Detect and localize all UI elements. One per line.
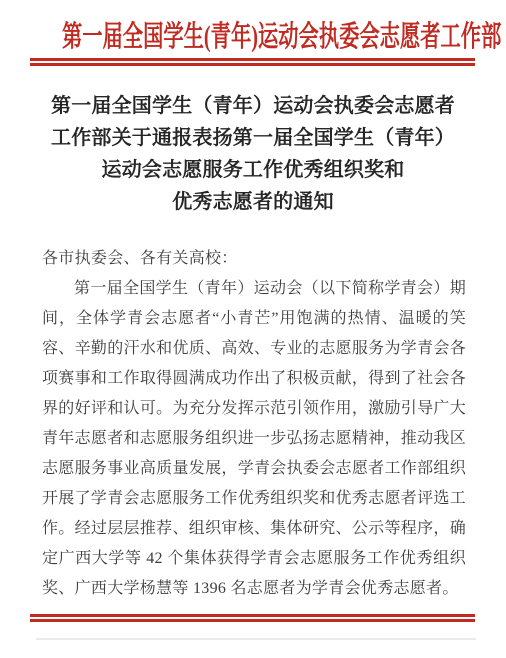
- red-double-rule-bottom: [30, 614, 475, 622]
- document-title-line-4: 优秀志愿者的通知: [0, 186, 506, 218]
- document-title-line-2: 工作部关于通报表扬第一届全国学生（青年）: [0, 122, 506, 154]
- document-body: 各市执委会、各有关高校： 第一届全国学生（青年）运动会（以下简称学青会）期间，全…: [42, 244, 466, 604]
- document-title-line-1: 第一届全国学生（青年）运动会执委会志愿者: [0, 90, 506, 122]
- scan-artifact-line: [36, 638, 476, 640]
- salutation-line: 各市执委会、各有关高校：: [42, 244, 466, 274]
- document-title: 第一届全国学生（青年）运动会执委会志愿者 工作部关于通报表扬第一届全国学生（青年…: [0, 90, 506, 218]
- body-paragraph: 第一届全国学生（青年）运动会（以下简称学青会）期间，全体学青会志愿者“小青芒”用…: [42, 274, 466, 604]
- red-double-rule-top: [30, 58, 475, 66]
- letterhead-banner-text: 第一届全国学生(青年)运动会执委会志愿者工作部: [62, 16, 501, 59]
- letterhead-banner: 第一届全国学生(青年)运动会执委会志愿者工作部: [0, 18, 506, 56]
- notice-document-page: 第一届全国学生(青年)运动会执委会志愿者工作部 第一届全国学生（青年）运动会执委…: [0, 0, 506, 658]
- document-title-line-3: 运动会志愿服务工作优秀组织奖和: [0, 154, 506, 186]
